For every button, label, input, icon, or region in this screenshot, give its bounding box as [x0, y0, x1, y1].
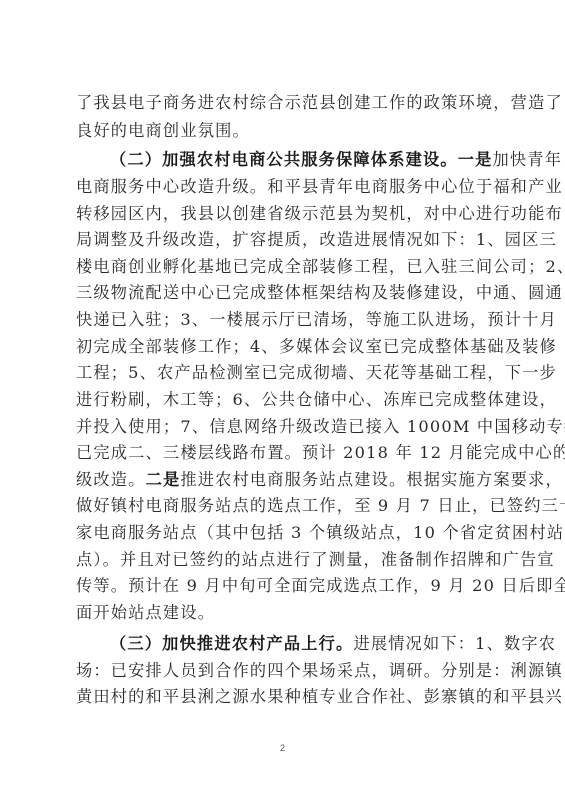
- body-line: 面开始站点建设。: [76, 601, 494, 625]
- body-line: 转移园区内，我县以创建省级示范县为契机，对中心进行功能布: [76, 202, 494, 226]
- section-heading-line: （二）加强农村电商公共服务保障体系建设。一是加快青年: [110, 148, 494, 172]
- section-heading: （三）加快推进农村产品上行。: [110, 634, 353, 653]
- body-line: 场：已安排人员到合作的四个果场采点，调研。分别是：浰源镇: [76, 659, 494, 683]
- body-line: 黄田村的和平县浰之源水果种植专业合作社、彭寨镇的和平县兴: [76, 685, 494, 709]
- body-line: 电商服务中心改造升级。和平县青年电商服务中心位于福和产业: [76, 175, 494, 199]
- body-line: 快递已入驻；3、一楼展示厅已清场，等施工队进场，预计十月: [76, 308, 494, 332]
- sub-point-label: 一是: [458, 150, 493, 169]
- body-line: 初完成全部装修工作；4、多媒体会议室已完成整体基础及装修: [76, 335, 494, 359]
- body-line: 工程；5、农产品检测室已完成彻墙、天花等基础工程，下一步: [76, 361, 494, 385]
- body-line: 进行粉刷，木工等；6、公共仓储中心、冻库已完成整体建设，: [76, 388, 494, 412]
- body-line: 级改造。二是推进农村电商服务站点建设。根据实施方案要求，: [76, 468, 494, 492]
- page-number: 2: [0, 743, 565, 753]
- body-line: 三级物流配送中心已完成整体框架结构及装修建设，中通、圆通: [76, 281, 494, 305]
- body-line: 良好的电商创业氛围。: [76, 119, 494, 143]
- body-line: 楼电商创业孵化基地已完成全部装修工程，已入驻三间公司；2、: [76, 255, 494, 279]
- body-line: 做好镇村电商服务站点的选点工作，至 9 月 7 日止，已签约三十: [76, 494, 494, 518]
- body-text: 级改造。: [76, 470, 146, 489]
- section-heading: （二）加强农村电商公共服务保障体系建设。: [110, 150, 458, 169]
- body-text: 推进农村电商服务站点建设。根据实施方案要求，: [180, 470, 563, 489]
- section-heading-line: （三）加快推进农村产品上行。进展情况如下：1、数字农: [110, 632, 494, 656]
- document-page: 了我县电子商务进农村综合示范县创建工作的政策环境，营造了 良好的电商创业氛围。 …: [0, 0, 565, 800]
- body-line: 局调整及升级改造，扩容提质，改造进展情况如下：1、园区三: [76, 228, 494, 252]
- body-line: 家电商服务站点（其中包括 3 个镇级站点，10 个省定贫困村站: [76, 521, 494, 545]
- sub-point-label: 二是: [146, 470, 181, 489]
- body-line: 传等。预计在 9 月中旬可全面完成选点工作，9 月 20 日后即全: [76, 574, 494, 598]
- body-line: 点）。并且对已签约的站点进行了测量，准备制作招牌和广告宣: [76, 548, 494, 572]
- body-line: 了我县电子商务进农村综合示范县创建工作的政策环境，营造了: [76, 91, 494, 115]
- body-text: 进展情况如下：1、数字农: [353, 634, 556, 653]
- body-line: 并投入使用；7、信息网络升级改造已接入 1000M 中国移动专线，: [76, 415, 494, 439]
- body-text: 加快青年: [493, 150, 563, 169]
- body-line: 已完成二、三楼层线路布置。预计 2018 年 12 月能完成中心的升: [76, 441, 494, 465]
